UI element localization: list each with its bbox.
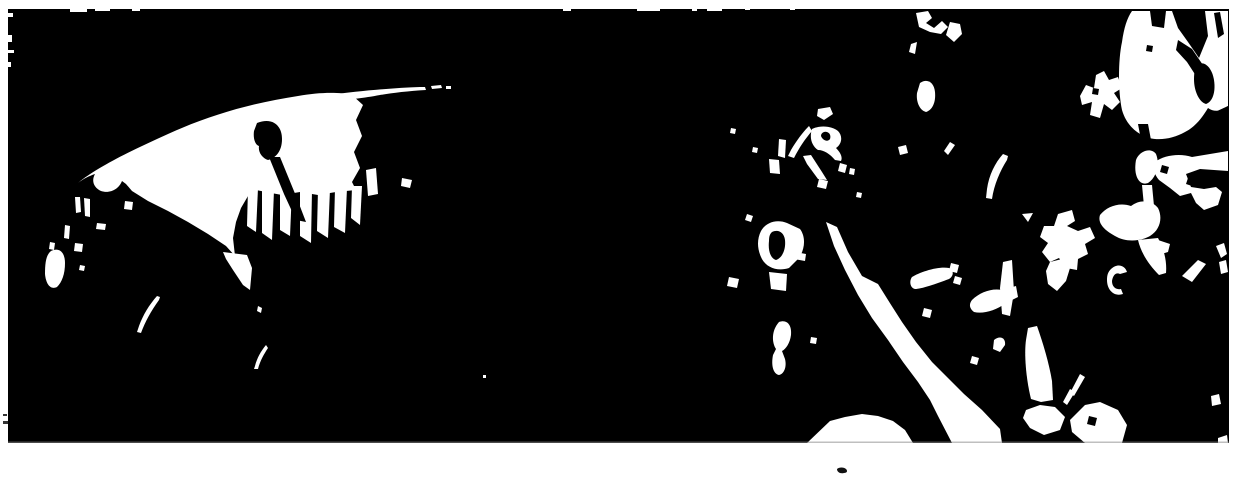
head-dash-2	[49, 242, 55, 250]
head-blob-1	[74, 243, 83, 252]
head-speck-2	[96, 223, 106, 230]
left-edge-tick-4	[8, 62, 11, 67]
brush-speck-2	[752, 147, 758, 153]
fur-finger-2	[262, 190, 274, 240]
halftone-photo-svg	[0, 0, 1240, 484]
top-edge-tick-3	[132, 8, 140, 11]
top-edge-tick-2	[95, 8, 110, 11]
left-edge-tick-1	[8, 13, 13, 17]
plate-bottom-shade	[8, 442, 1229, 444]
margin-speck-2	[3, 421, 8, 424]
scanned-page	[0, 0, 1240, 484]
corner-block-1	[1150, 11, 1166, 28]
mid-field-speck	[483, 375, 486, 378]
head-dash-1	[64, 225, 70, 239]
fur-finger-5	[317, 189, 330, 238]
corner-dot	[1146, 45, 1153, 52]
top-edge-tick-1	[70, 9, 87, 12]
brush-speck-1	[730, 128, 736, 134]
twig-dot	[810, 337, 817, 344]
head-sliver-1	[75, 197, 81, 213]
left-edge-tick-2	[8, 35, 12, 42]
brush-vertical-sliver	[778, 139, 786, 158]
left-edge-tick-3	[8, 50, 14, 53]
star-hole	[1092, 88, 1099, 95]
fur-tuft-right	[366, 168, 378, 196]
top-edge-tick-7	[707, 8, 722, 11]
head-sliver-2	[84, 198, 90, 217]
burl-tail	[769, 272, 787, 291]
fur-finger-6	[334, 188, 347, 233]
margin-speck-1	[3, 414, 7, 416]
top-edge-tick-5	[637, 7, 660, 11]
brush-patch	[769, 159, 780, 174]
top-edge-tick-4	[563, 8, 571, 11]
head-speck-1	[79, 265, 85, 271]
halftone-photo	[0, 0, 1240, 484]
top-edge-tick-6	[692, 8, 697, 11]
top-edge-tick-8	[745, 8, 750, 10]
back-ridge-dot	[446, 86, 451, 89]
burl-speck	[727, 277, 739, 288]
top-edge-tick-9	[790, 8, 795, 10]
head-speck-3	[124, 201, 133, 210]
brush-speck-4	[856, 192, 862, 198]
brush-bit-2	[849, 168, 855, 175]
